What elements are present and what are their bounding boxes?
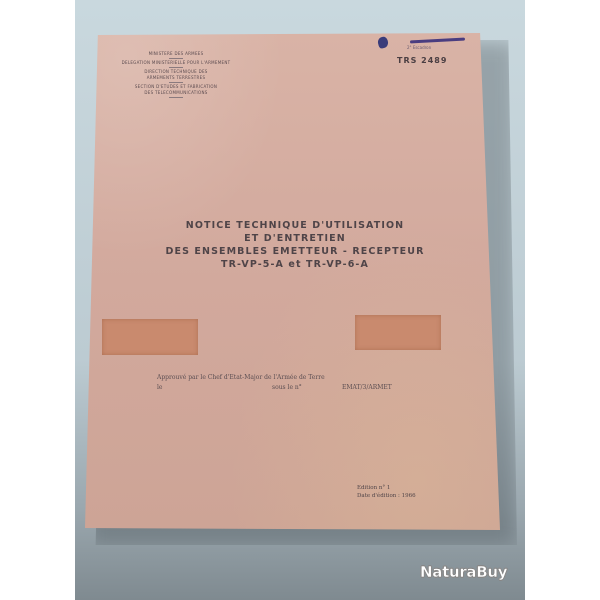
approval-number: EMAT/3/ARMET: [342, 383, 392, 393]
tape-patch-left: [102, 319, 198, 355]
approval-details: le sous le n° EMAT/3/ARMET: [157, 383, 417, 393]
stamp-text: 2° Escadron: [407, 45, 431, 50]
title-line: NOTICE TECHNIQUE D'UTILISATION: [145, 219, 445, 232]
handwritten-scribble: [410, 38, 465, 44]
title-line: TR-VP-5-A et TR-VP-6-A: [145, 258, 445, 271]
edition-number: Edition n° 1: [357, 484, 416, 492]
approval-date-label: le: [157, 383, 162, 393]
issuing-authority-header: MINISTERE DES ARMEES DELEGATION MINISTER…: [111, 51, 241, 99]
header-line: ARMEMENTS TERRESTRES: [111, 75, 241, 81]
divider: [169, 97, 183, 98]
divider: [169, 67, 183, 68]
ink-stamp-icon: [377, 36, 390, 49]
title-line: DES ENSEMBLES EMETTEUR - RECEPTEUR: [145, 245, 445, 258]
divider: [169, 82, 183, 83]
naturabuy-watermark: NaturaBuy: [420, 563, 507, 581]
header-line: MINISTERE DES ARMEES: [111, 51, 241, 57]
manual-cover: MINISTERE DES ARMEES DELEGATION MINISTER…: [85, 33, 500, 530]
product-photo: MINISTERE DES ARMEES DELEGATION MINISTER…: [75, 0, 525, 600]
title-line: ET D'ENTRETIEN: [145, 232, 445, 245]
reference-code: TRS 2489: [397, 56, 447, 65]
approval-statement: Approuvé par le Chef d'Etat-Major de l'A…: [157, 373, 417, 393]
approval-number-label: sous le n°: [272, 383, 302, 393]
edition-info: Edition n° 1 Date d'édition : 1966: [357, 484, 416, 500]
approval-line: Approuvé par le Chef d'Etat-Major de l'A…: [157, 373, 417, 383]
header-line: DELEGATION MINISTERIELLE POUR L'ARMEMENT: [111, 60, 241, 66]
document-title: NOTICE TECHNIQUE D'UTILISATION ET D'ENTR…: [145, 219, 445, 271]
tape-patch-right: [355, 315, 441, 350]
divider: [169, 58, 183, 59]
edition-date: Date d'édition : 1966: [357, 492, 416, 500]
header-line: DES TELECOMMUNICATIONS: [111, 90, 241, 96]
